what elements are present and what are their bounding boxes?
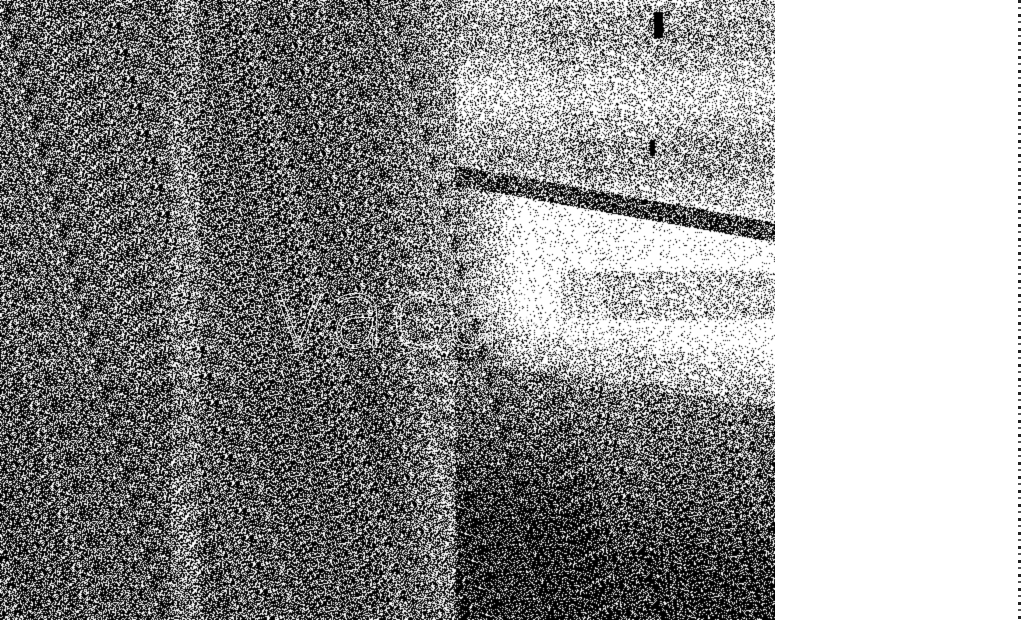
scan-edge-line <box>1018 0 1021 620</box>
dithered-photo <box>0 0 775 620</box>
photo-scene: vacasa <box>0 0 1024 620</box>
photo-canvas <box>0 0 775 620</box>
